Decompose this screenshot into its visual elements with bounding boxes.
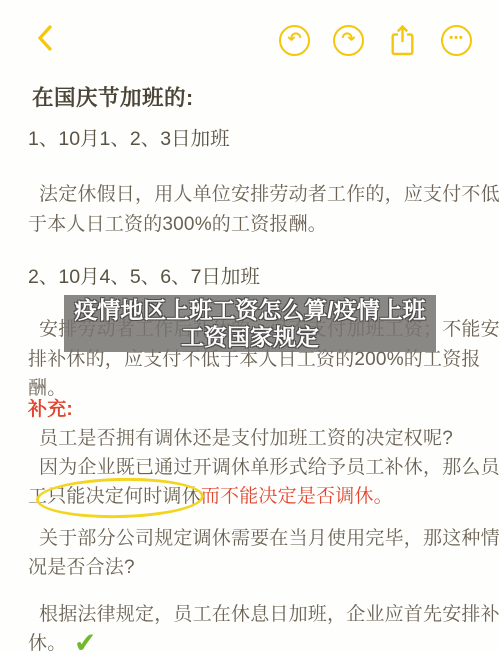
supplement-answer-line1: 因为企业既已通过开调休单形式给予员工补休，那么员 (28, 453, 500, 482)
red-emphasis-text: 而不能决定是否调休。 (201, 486, 393, 507)
answer-prefix: 工 (28, 486, 47, 507)
paragraph-line: 法定休假日，用人单位安排劳动者工作的，应支付不低 (28, 180, 500, 210)
supplement-answer-line2: 工只能决定何时调休而不能决定是否调休。 (28, 482, 500, 511)
back-button[interactable] (34, 24, 56, 52)
supplement-question: 员工是否拥有调休还是支付加班工资的决定权呢? (28, 424, 500, 453)
supplement-block: 补充: 员工是否拥有调休还是支付加班工资的决定权呢? 因为企业既已通过开调休单形… (28, 395, 500, 511)
paragraph-line: 于本人日工资的300%的工资报酬。 (28, 210, 500, 240)
section1-paragraph: 法定休假日，用人单位安排劳动者工作的，应支付不低 于本人日工资的300%的工资报… (28, 180, 500, 239)
undo-icon: ↶ (287, 31, 301, 48)
question2-paragraph: 关于部分公司规定调休需要在当月使用完毕，那这种情 况是否合法? (28, 524, 500, 583)
section1-heading: 1、10月1、2、3日加班 (28, 128, 500, 150)
redo-button[interactable]: ↷ (333, 25, 364, 56)
watermark-line: 工资国家规定 (181, 324, 319, 351)
paragraph-line: 根据法律规定，员工在休息日加班，企业应首先安排补 (28, 600, 500, 630)
watermark-overlay: 疫情地区上班工资怎么算/疫情上班 工资国家规定 (64, 295, 436, 352)
watermark-line: 疫情地区上班工资怎么算/疫情上班 (74, 297, 425, 324)
circled-highlight: 只能决定何时调休 (47, 482, 201, 511)
share-button[interactable] (387, 24, 418, 57)
toolbar: ↶ ↷ ••• (0, 0, 500, 58)
back-chevron-icon (34, 39, 56, 56)
more-button[interactable]: ••• (441, 25, 472, 56)
answer2-last-line: 休。✔ (28, 629, 500, 652)
check-icon: ✔ (73, 629, 98, 652)
answer2-paragraph: 根据法律规定，员工在休息日加班，企业应首先安排补 休。✔ (28, 600, 500, 652)
paragraph-line: 休。 (28, 633, 66, 652)
section2-paragraph-wrap: 安排劳动者工作后补休的，可不支付加班工资；不能安 排补休的，应支付不低于本人日工… (28, 315, 500, 404)
paragraph-line: 关于部分公司规定调休需要在当月使用完毕，那这种情 (28, 524, 500, 554)
undo-button[interactable]: ↶ (279, 25, 310, 56)
redo-icon: ↷ (341, 31, 355, 48)
paragraph-line: 酬。 (28, 374, 500, 404)
toolbar-actions: ↶ ↷ ••• (279, 24, 472, 57)
page-title: 在国庆节加班的: (32, 85, 500, 111)
share-icon (387, 44, 418, 61)
paragraph-line: 况是否合法? (28, 553, 500, 583)
ellipsis-icon: ••• (449, 33, 464, 44)
note-content: 在国庆节加班的: 1、10月1、2、3日加班 法定休假日，用人单位安排劳动者工作… (0, 85, 500, 652)
section2-heading: 2、10月4、5、6、7日加班 (28, 266, 500, 288)
note-page: ↶ ↷ ••• 在国庆节加班的: 1、10月1、2、3日加班 (0, 0, 500, 652)
